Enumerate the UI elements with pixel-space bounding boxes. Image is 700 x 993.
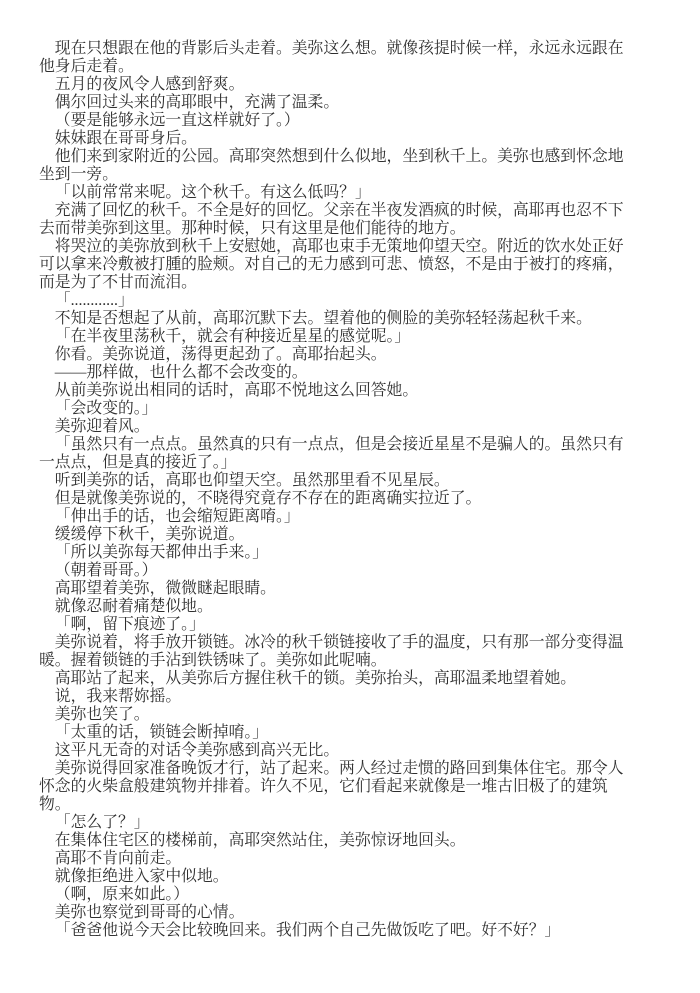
text-line: 说，我来帮妳摇。 (39, 688, 672, 706)
text-line: 一点点，但是真的接近了。」 (39, 454, 672, 472)
text-line: ——那样做，也什么都不会改变的。 (39, 364, 672, 382)
text-line: 不知是否想起了从前，高耶沉默下去。望着他的侧脸的美弥轻轻荡起秋千来。 (39, 310, 672, 328)
text-line: 听到美弥的话，高耶也仰望天空。虽然那里看不见星辰。 (39, 472, 672, 490)
text-line: 美弥也察觉到哥哥的心情。 (39, 904, 672, 922)
text-line: 美弥说着，将手放开锁链。冰冷的秋千锁链接收了手的温度，只有那一部分变得温 (39, 634, 672, 652)
text-line: 在集体住宅区的楼梯前，高耶突然站住，美弥惊讶地回头。 (39, 832, 672, 850)
text-line: 「会改变的。」 (39, 400, 672, 418)
novel-page: 现在只想跟在他的背影后头走着。美弥这么想。就像孩提时候一样，永远永远跟在他身后走… (0, 0, 700, 993)
text-line: 从前美弥说出相同的话时，高耶不悦地这么回答她。 (39, 382, 672, 400)
text-line: 缓缓停下秋千，美弥说道。 (39, 526, 672, 544)
text-line: 美弥迎着风。 (39, 418, 672, 436)
text-line: 物。 (39, 796, 672, 814)
text-line: （朝着哥哥。） (39, 562, 672, 580)
text-line: 美弥也笑了。 (39, 706, 672, 724)
text-line: 坐到一旁。 (39, 166, 672, 184)
text-line: 「啊，留下痕迹了。」 (39, 616, 672, 634)
text-line: 偶尔回过头来的高耶眼中，充满了温柔。 (39, 94, 672, 112)
text-line: （啊，原来如此。） (39, 886, 672, 904)
text-line: 而是为了不甘而流泪。 (39, 274, 672, 292)
text-line: 五月的夜风令人感到舒爽。 (39, 76, 672, 94)
text-line: 「虽然只有一点点。虽然真的只有一点点，但是会接近星星不是骗人的。虽然只有 (39, 436, 672, 454)
text-line: 「爸爸他说今天会比较晚回来。我们两个自己先做饭吃了吧。好不好？」 (39, 922, 672, 940)
text-line: 他们来到家附近的公园。高耶突然想到什么似地，坐到秋千上。美弥也感到怀念地 (39, 148, 672, 166)
text-line: 美弥说得回家准备晚饭才行，站了起来。两人经过走惯的路回到集体住宅。那令人 (39, 760, 672, 778)
text-line: 这平凡无奇的对话令美弥感到高兴无比。 (39, 742, 672, 760)
text-line: 暖。握着锁链的手沾到铁锈味了。美弥如此呢喃。 (39, 652, 672, 670)
text-line: 「............」 (39, 292, 672, 310)
text-line: 他身后走着。 (39, 58, 672, 76)
text-line: 将哭泣的美弥放到秋千上安慰她，高耶也束手无策地仰望天空。附近的饮水处正好 (39, 238, 672, 256)
text-line: 「怎么了？」 (39, 814, 672, 832)
text-line: 现在只想跟在他的背影后头走着。美弥这么想。就像孩提时候一样，永远永远跟在 (39, 40, 672, 58)
text-line: 就像拒绝进入家中似地。 (39, 868, 672, 886)
text-line: 去而带美弥到这里。那种时候，只有这里是他们能待的地方。 (39, 220, 672, 238)
text-line: 「以前常常来呢。这个秋千。有这么低吗？」 (39, 184, 672, 202)
text-line: 「伸出手的话，也会缩短距离唷。」 (39, 508, 672, 526)
text-line: 高耶站了起来，从美弥后方握住秋千的锁。美弥抬头，高耶温柔地望着她。 (39, 670, 672, 688)
text-line: 充满了回忆的秋千。不全是好的回忆。父亲在半夜发酒疯的时候，高耶再也忍不下 (39, 202, 672, 220)
text-line: 「太重的话，锁链会断掉唷。」 (39, 724, 672, 742)
text-line: 你看。美弥说道，荡得更起劲了。高耶抬起头。 (39, 346, 672, 364)
text-line: 高耶不肯向前走。 (39, 850, 672, 868)
text-line: 妹妹跟在哥哥身后。 (39, 130, 672, 148)
text-line: （要是能够永远一直这样就好了。） (39, 112, 672, 130)
text-line: 可以拿来冷敷被打腫的脸颊。对自己的无力感到可悲、愤怒，不是由于被打的疼痛， (39, 256, 672, 274)
text-line: 「所以美弥每天都伸出手来。」 (39, 544, 672, 562)
text-line: 「在半夜里荡秋千，就会有种接近星星的感觉呢。」 (39, 328, 672, 346)
text-line: 高耶望着美弥，微微瞇起眼睛。 (39, 580, 672, 598)
text-line: 怀念的火柴盒般建筑物并排着。许久不见，它们看起来就像是一堆古旧极了的建筑 (39, 778, 672, 796)
text-line: 但是就像美弥说的，不晓得究竟存不存在的距离确实拉近了。 (39, 490, 672, 508)
text-line: 就像忍耐着痛楚似地。 (39, 598, 672, 616)
text-block: 现在只想跟在他的背影后头走着。美弥这么想。就像孩提时候一样，永远永远跟在他身后走… (39, 40, 672, 940)
